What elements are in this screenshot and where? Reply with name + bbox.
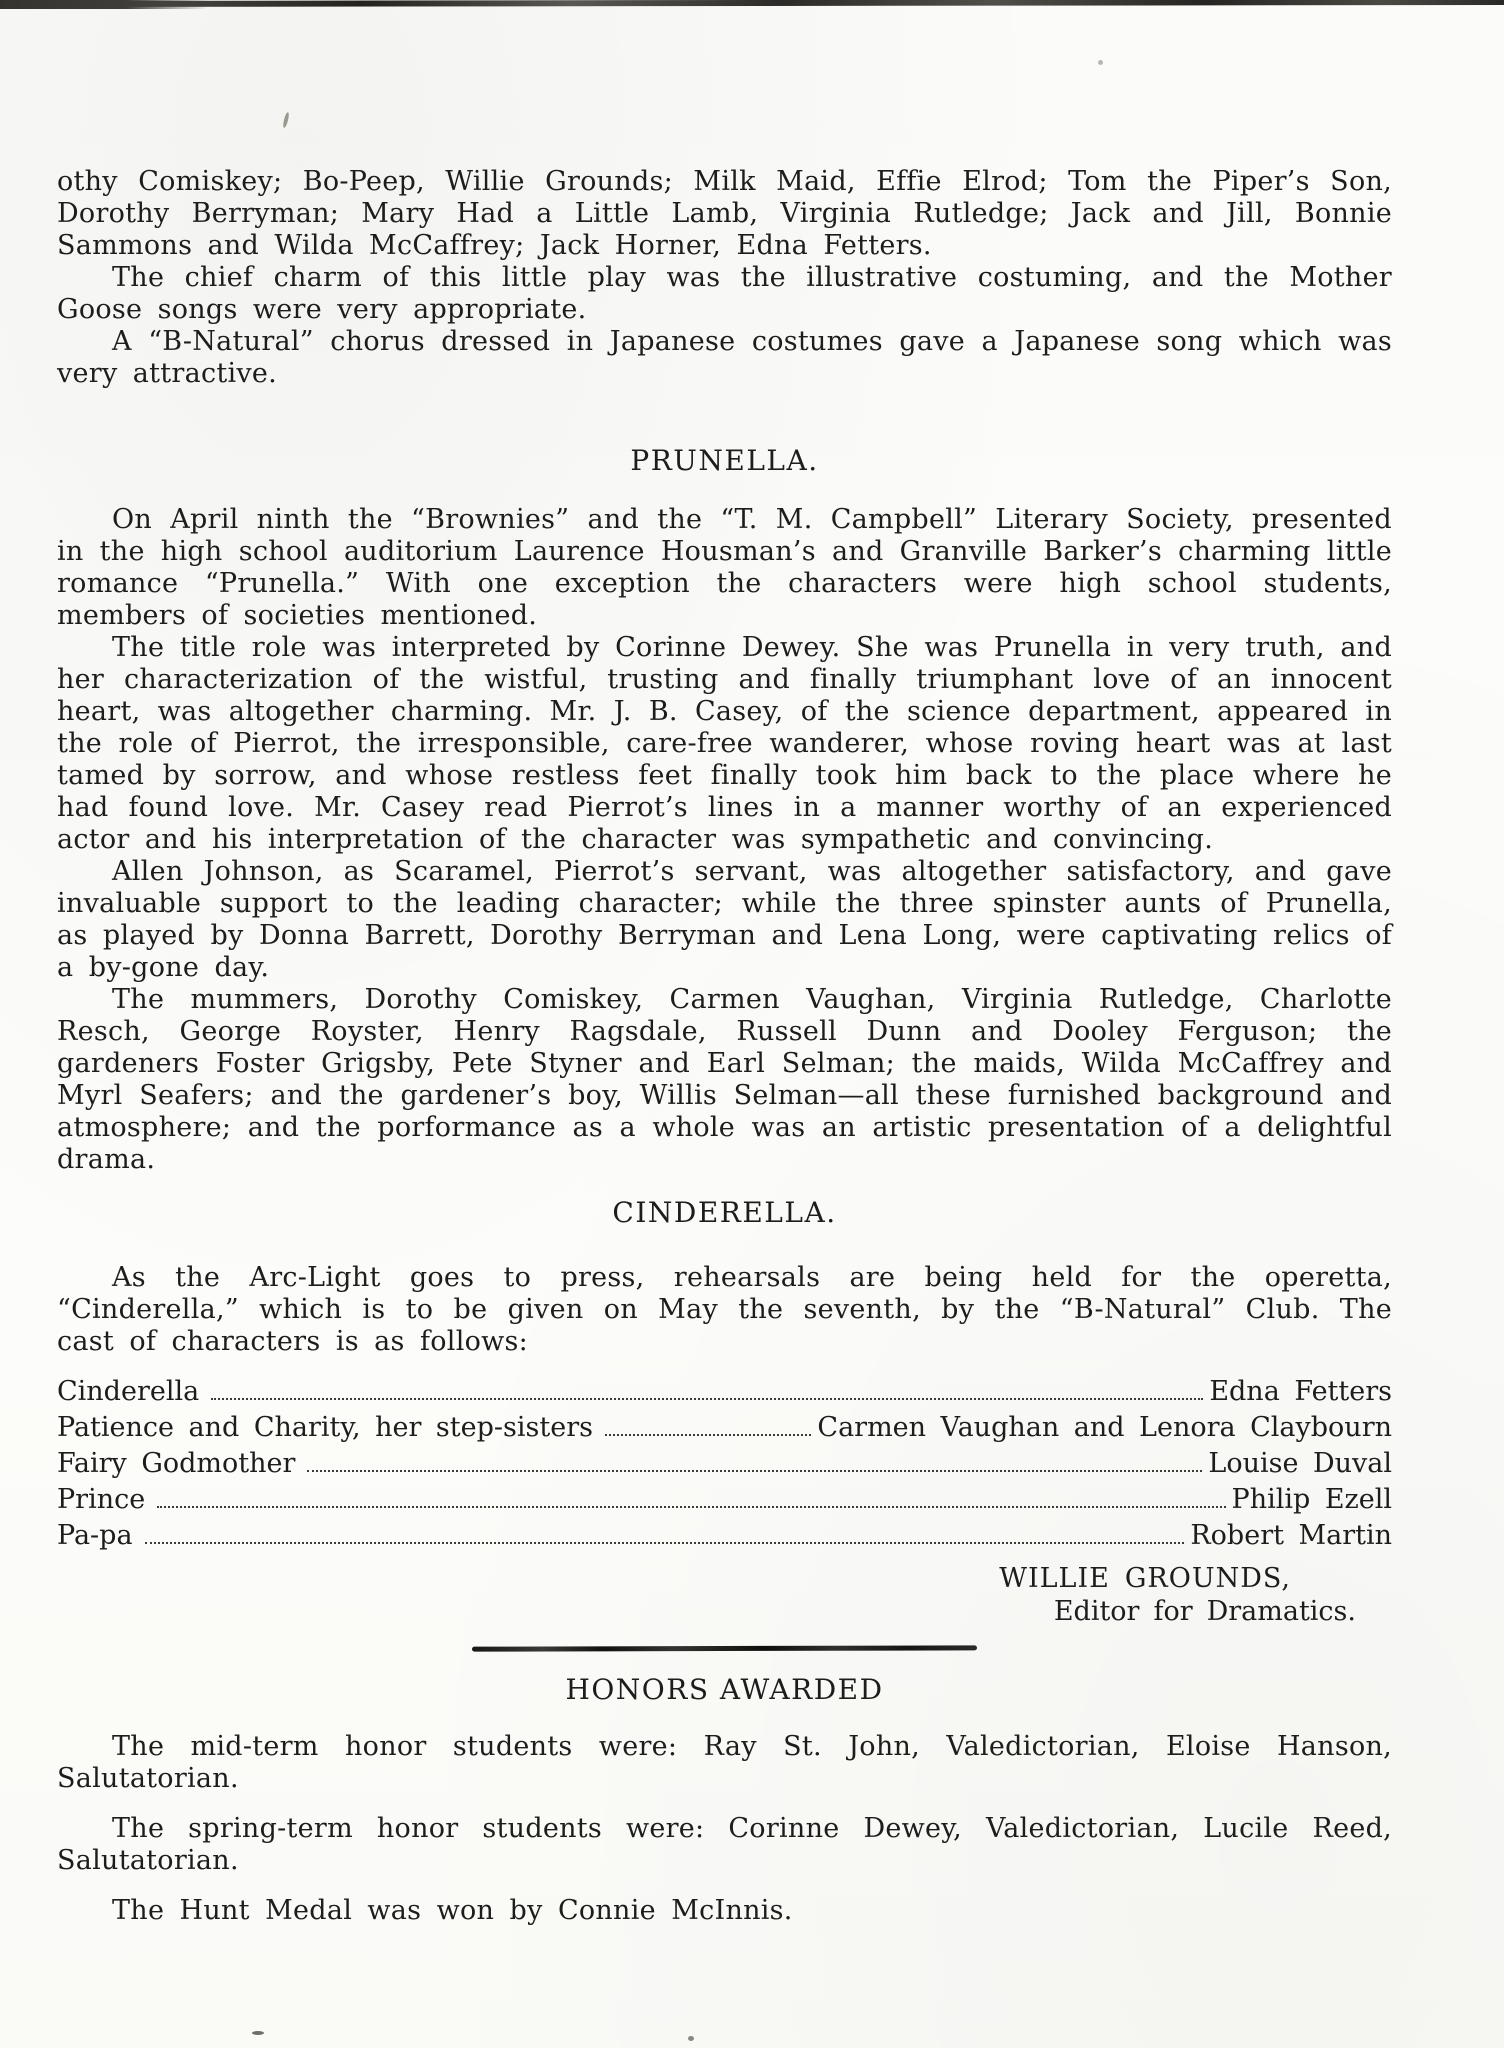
honors-section: HONORS AWARDED The mid-term honor studen… bbox=[57, 1673, 1392, 1927]
signature-name: WILLIE GROUNDS, bbox=[57, 1562, 1392, 1595]
paragraph: On April ninth the “Brownies” and the “T… bbox=[57, 504, 1392, 632]
cast-row: Pa-pa Robert Martin bbox=[57, 1518, 1392, 1554]
cast-role: Cinderella bbox=[57, 1374, 199, 1410]
cast-role: Pa-pa bbox=[57, 1518, 133, 1554]
scanned-page: othy Comiskey; Bo-Peep, Willie Grounds; … bbox=[0, 0, 1504, 2048]
scan-artifact-speck bbox=[252, 2031, 264, 2035]
cast-actor: Edna Fetters bbox=[1209, 1374, 1392, 1410]
paragraph: A “B-Natural” chorus dressed in Japanese… bbox=[57, 326, 1392, 390]
cast-row: Cinderella Edna Fetters bbox=[57, 1374, 1392, 1410]
section-heading-cinderella: CINDERELLA. bbox=[57, 1196, 1392, 1230]
cast-actor: Robert Martin bbox=[1190, 1518, 1392, 1554]
cast-role: Fairy Godmother bbox=[57, 1446, 295, 1482]
cast-row: Patience and Charity, her step-sisters C… bbox=[57, 1410, 1392, 1446]
paragraph: The title role was interpreted by Corinn… bbox=[57, 632, 1392, 856]
section-heading-honors: HONORS AWARDED bbox=[57, 1673, 1392, 1707]
paragraph: Allen Johnson, as Scaramel, Pierrot’s se… bbox=[57, 856, 1392, 984]
section-divider-rule bbox=[472, 1645, 977, 1651]
signature-title: Editor for Dramatics. bbox=[57, 1595, 1392, 1628]
paragraph: The mummers, Dorothy Comiskey, Carmen Va… bbox=[57, 984, 1392, 1176]
signature-block: WILLIE GROUNDS, Editor for Dramatics. bbox=[57, 1562, 1392, 1628]
cast-row: Fairy Godmother Louise Duval bbox=[57, 1446, 1392, 1482]
page-body: othy Comiskey; Bo-Peep, Willie Grounds; … bbox=[0, 0, 1504, 1927]
scan-artifact-speck bbox=[688, 2036, 694, 2041]
cast-role: Prince bbox=[57, 1482, 145, 1518]
dotted-leader bbox=[307, 1470, 1202, 1472]
dotted-leader bbox=[211, 1398, 1203, 1400]
paragraph: The mid-term honor students were: Ray St… bbox=[57, 1731, 1392, 1795]
paragraph: The Hunt Medal was won by Connie McInnis… bbox=[57, 1895, 1392, 1927]
cast-role: Patience and Charity, her step-sisters bbox=[57, 1410, 593, 1446]
dotted-leader bbox=[605, 1434, 811, 1436]
dotted-leader bbox=[145, 1542, 1185, 1544]
cast-list: Cinderella Edna Fetters Patience and Cha… bbox=[57, 1374, 1392, 1554]
continued-paragraph: othy Comiskey; Bo-Peep, Willie Grounds; … bbox=[57, 166, 1392, 262]
cast-actor: Philip Ezell bbox=[1232, 1482, 1392, 1518]
cast-actor: Louise Duval bbox=[1208, 1446, 1392, 1482]
paragraph: The spring-term honor students were: Cor… bbox=[57, 1813, 1392, 1877]
cast-actor: Carmen Vaughan and Lenora Claybourn bbox=[817, 1410, 1392, 1446]
paragraph: The chief charm of this little play was … bbox=[57, 262, 1392, 326]
dotted-leader bbox=[157, 1506, 1225, 1508]
paragraph: As the Arc-Light goes to press, rehearsa… bbox=[57, 1262, 1392, 1358]
section-heading-prunella: PRUNELLA. bbox=[57, 444, 1392, 478]
cast-row: Prince Philip Ezell bbox=[57, 1482, 1392, 1518]
